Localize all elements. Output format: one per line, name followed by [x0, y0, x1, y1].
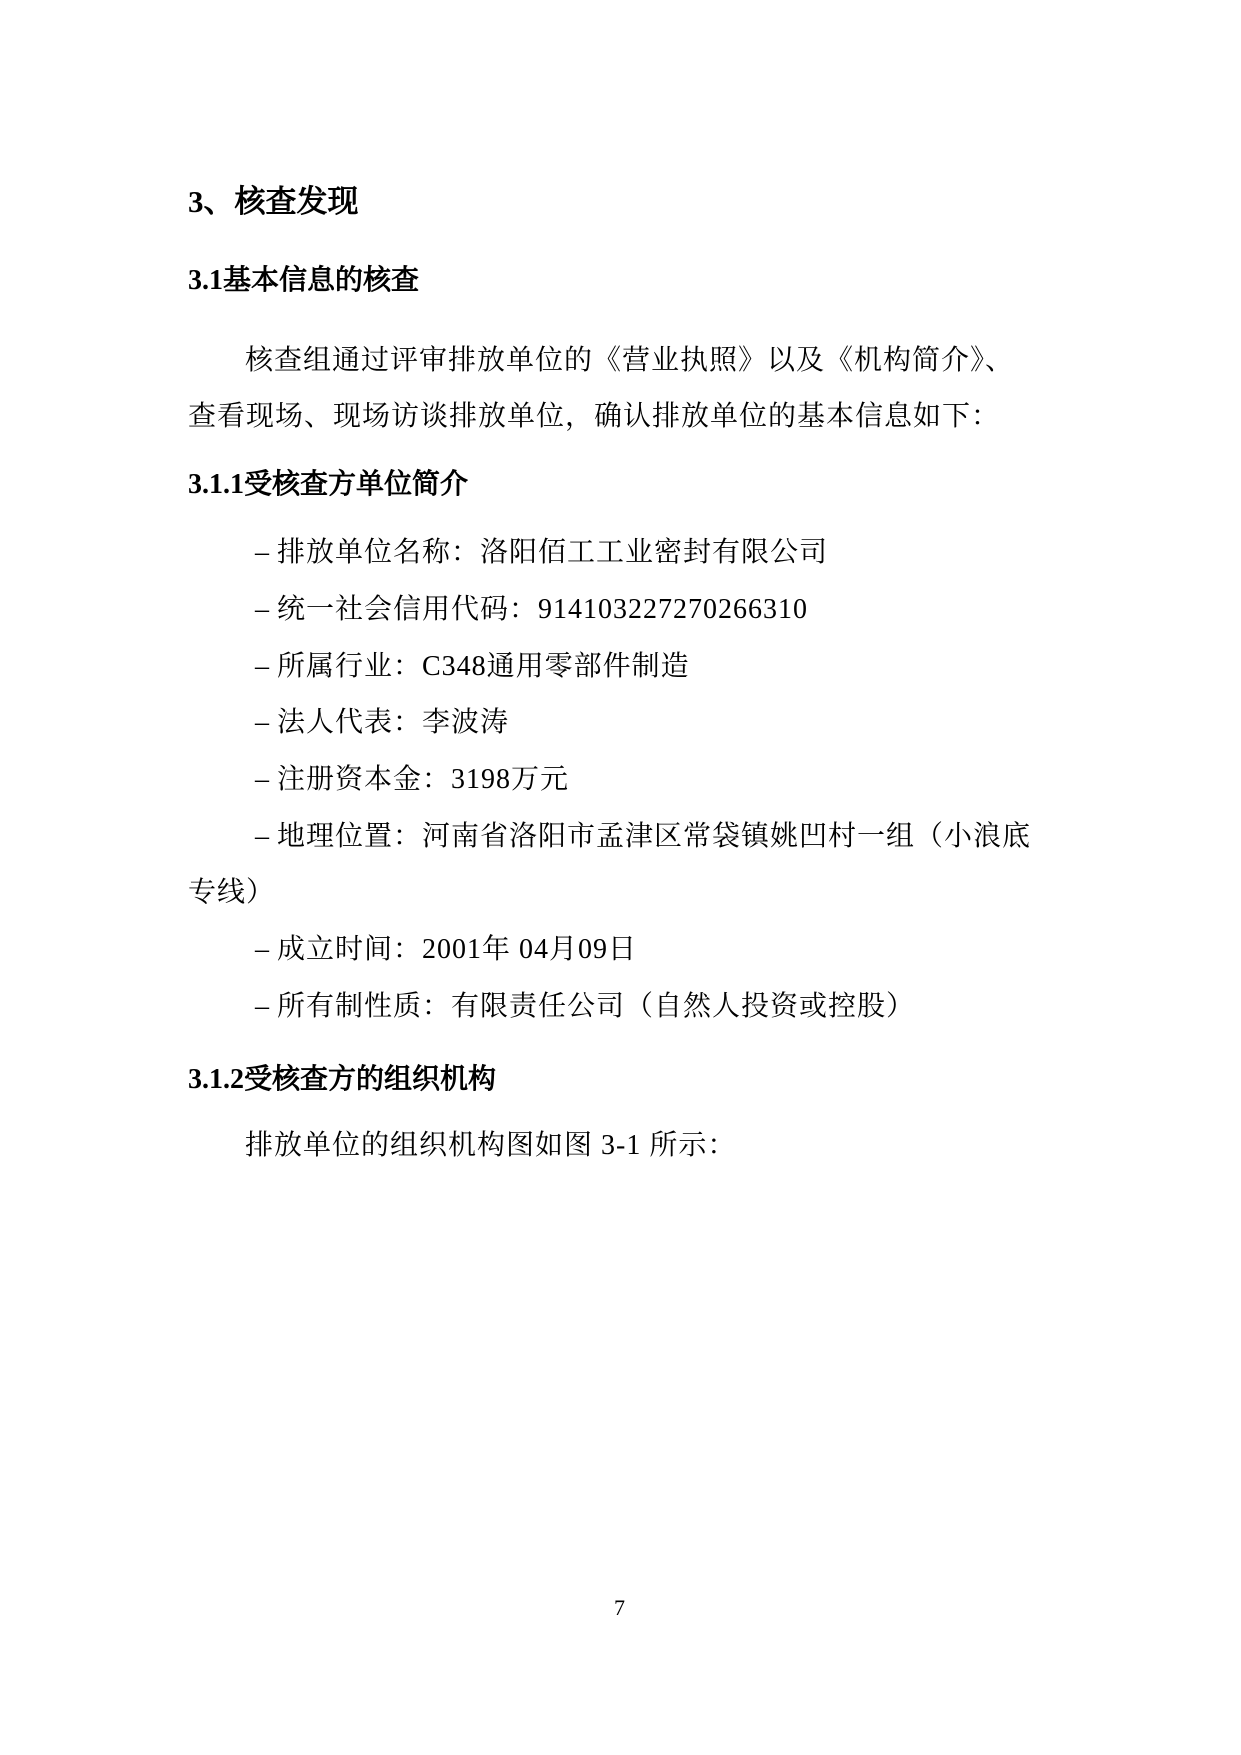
subsection-2-title: 3.1.2受核查方的组织机构	[188, 1066, 496, 1094]
list-item-text: 注册资本金：3198万元	[277, 764, 569, 795]
list-item-founded: –成立时间：2001年 04月09日	[255, 936, 637, 964]
bullet-dash: –	[255, 823, 277, 851]
subsection-1-title: 3.1.1受核查方单位简介	[188, 471, 468, 499]
page-number: 7	[614, 1597, 625, 1619]
bullet-dash: –	[255, 993, 277, 1021]
org-chart-paragraph: 排放单位的组织机构图如图 3-1 所示：	[245, 1132, 736, 1160]
intro-paragraph-line2: 查看现场、现场访谈排放单位，确认排放单位的基本信息如下：	[188, 403, 1000, 431]
bullet-dash: –	[255, 596, 277, 624]
subsection-title: 3.1基本信息的核查	[188, 267, 419, 295]
list-item-text: 法人代表：李波涛	[277, 707, 509, 738]
list-item-text: 所有制性质：有限责任公司（自然人投资或控股）	[277, 991, 915, 1022]
bullet-dash: –	[255, 766, 277, 794]
list-item-company-name: –排放单位名称：洛阳佰工工业密封有限公司	[255, 539, 828, 567]
list-item-text: 排放单位名称：洛阳佰工工业密封有限公司	[277, 537, 828, 568]
bullet-dash: –	[255, 709, 277, 737]
list-item-address: –地理位置：河南省洛阳市孟津区常袋镇姚凹村一组（小浪底	[255, 823, 1031, 851]
bullet-dash: –	[255, 539, 277, 567]
list-item-text: 地理位置：河南省洛阳市孟津区常袋镇姚凹村一组（小浪底	[277, 821, 1031, 852]
list-item-capital: –注册资本金：3198万元	[255, 766, 569, 794]
address-continuation: 专线）	[188, 879, 275, 907]
list-item-text: 成立时间：2001年 04月09日	[277, 934, 637, 965]
list-item-ownership: –所有制性质：有限责任公司（自然人投资或控股）	[255, 993, 915, 1021]
section-title: 3、核查发现	[188, 186, 359, 217]
list-item-text: 所属行业：C348通用零部件制造	[277, 651, 690, 682]
intro-paragraph-line1: 核查组通过评审排放单位的《营业执照》以及《机构简介》、	[245, 347, 1014, 375]
list-item-credit-code: –统一社会信用代码：914103227270266310	[255, 596, 808, 624]
bullet-dash: –	[255, 653, 277, 681]
bullet-dash: –	[255, 936, 277, 964]
list-item-industry: –所属行业：C348通用零部件制造	[255, 653, 690, 681]
list-item-legal-rep: –法人代表：李波涛	[255, 709, 509, 737]
list-item-text: 统一社会信用代码：914103227270266310	[277, 594, 808, 625]
